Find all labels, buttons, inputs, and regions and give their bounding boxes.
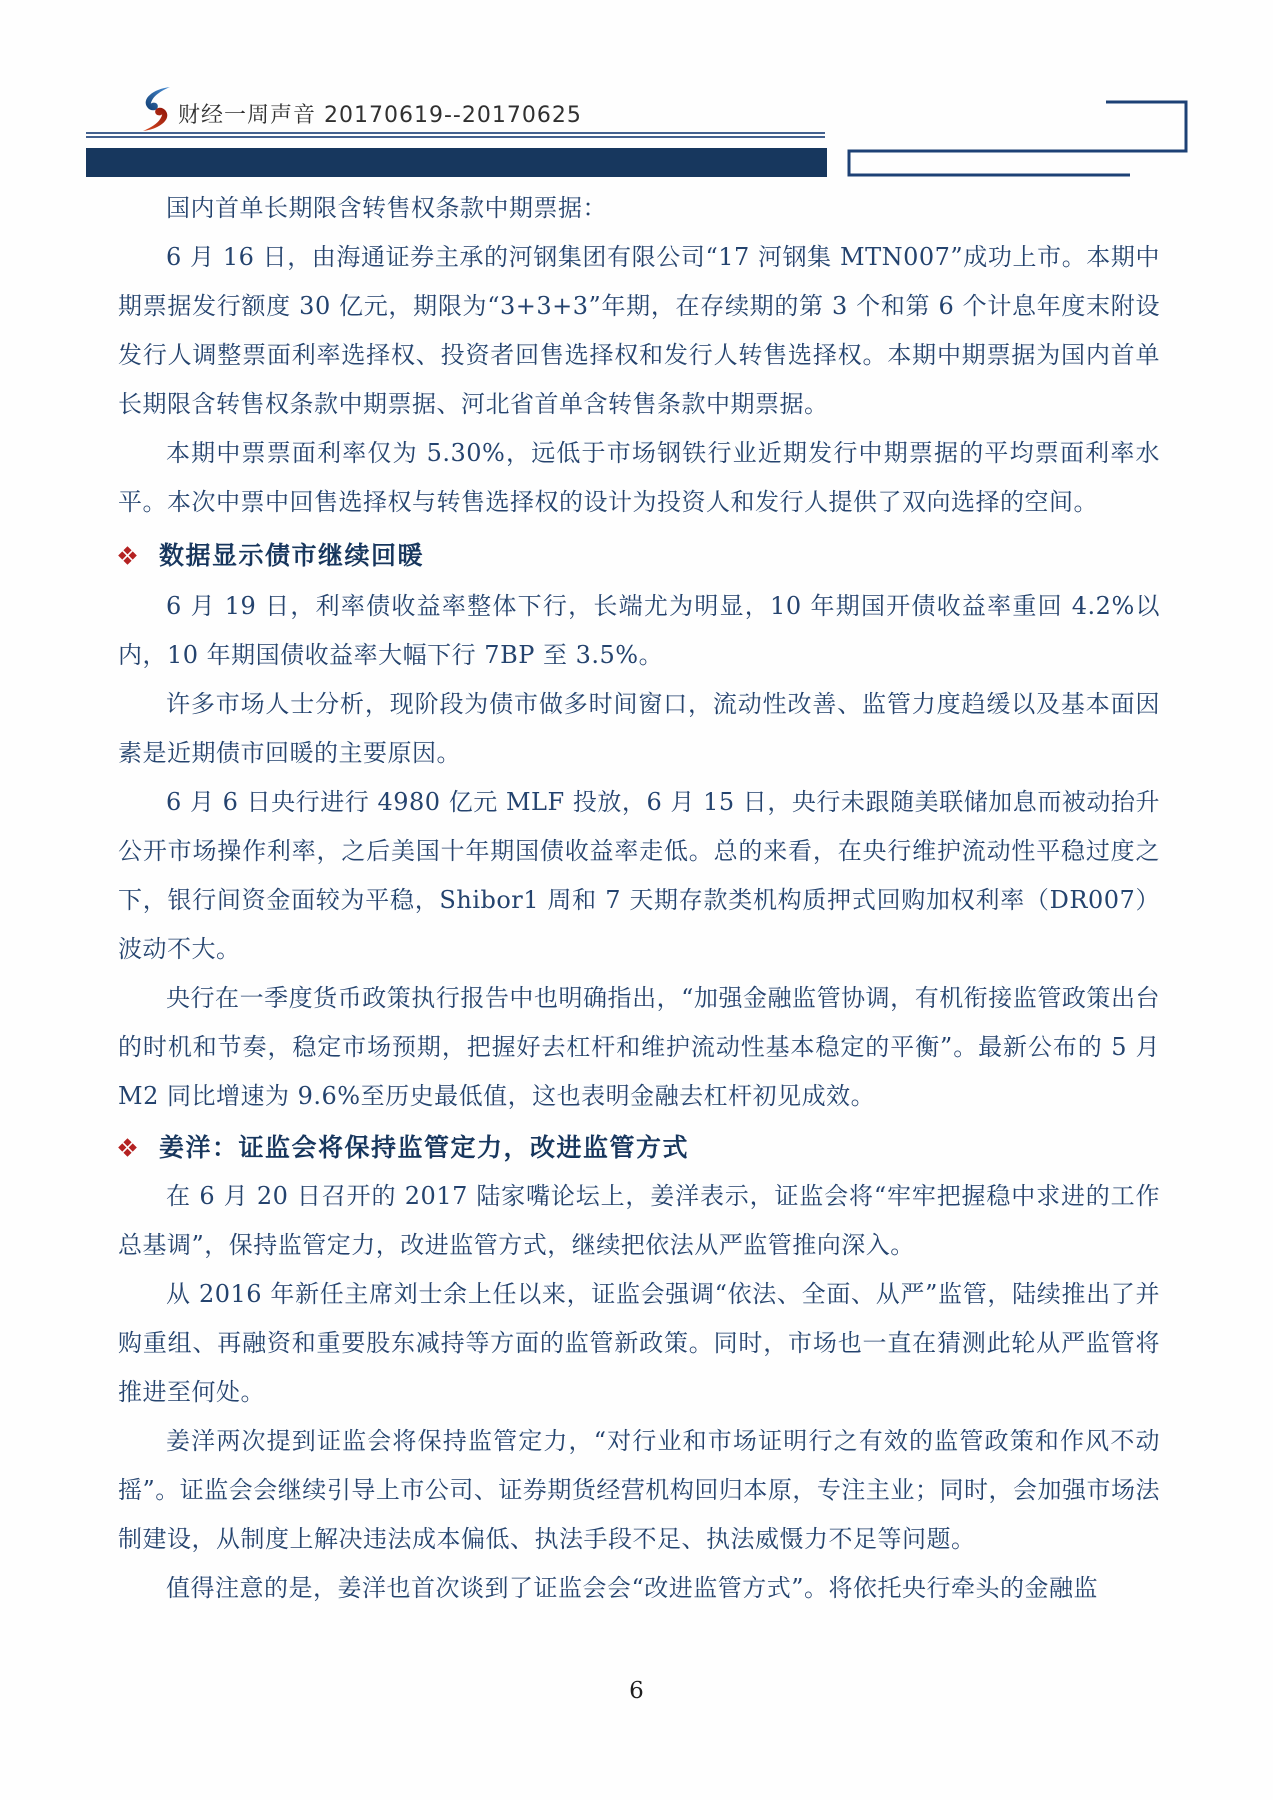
- section-heading-csrc: 姜洋：证监会将保持监管定力，改进监管方式: [118, 1123, 1160, 1172]
- paragraph: 在 6 月 20 日召开的 2017 陆家嘴论坛上，姜洋表示，证监会将“牢牢把握…: [118, 1172, 1160, 1270]
- document-page: 财经一周声音 20170619--20170625 国内首单长期限含转售权条款中…: [0, 0, 1273, 1800]
- header-outline-decoration: [845, 98, 1197, 182]
- paragraph: 6 月 16 日，由海通证券主承的河钢集团有限公司“17 河钢集 MTN007”…: [118, 233, 1160, 429]
- page-number: 6: [0, 1678, 1273, 1704]
- section-heading-text: 姜洋：证监会将保持监管定力，改进监管方式: [159, 1123, 689, 1172]
- four-diamonds-icon: [118, 546, 137, 565]
- section-heading-bond-market: 数据显示债市继续回暖: [118, 531, 1160, 580]
- paragraph: 从 2016 年新任主席刘士余上任以来，证监会强调“依法、全面、从严”监管，陆续…: [118, 1270, 1160, 1417]
- paragraph: 6 月 19 日，利率债收益率整体下行，长端尤为明显，10 年期国开债收益率重回…: [118, 582, 1160, 680]
- document-title: 财经一周声音 20170619--20170625: [178, 102, 582, 130]
- header-navy-bar: [86, 148, 827, 177]
- paragraph: 值得注意的是，姜洋也首次谈到了证监会会“改进监管方式”。将依托央行牵头的金融监: [118, 1564, 1160, 1613]
- paragraph: 6 月 6 日央行进行 4980 亿元 MLF 投放，6 月 15 日，央行未跟…: [118, 778, 1160, 974]
- document-body: 国内首单长期限含转售权条款中期票据： 6 月 16 日，由海通证券主承的河钢集团…: [118, 184, 1160, 1613]
- four-diamonds-icon: [118, 1138, 137, 1157]
- paragraph: 许多市场人士分析，现阶段为债市做多时间窗口，流动性改善、监管力度趋缓以及基本面因…: [118, 680, 1160, 778]
- s-swoosh-logo-icon: [139, 86, 174, 132]
- paragraph: 姜洋两次提到证监会将保持监管定力，“对行业和市场证明行之有效的监管政策和作风不动…: [118, 1417, 1160, 1564]
- header-double-rule: [86, 132, 825, 138]
- paragraph: 本期中票票面利率仅为 5.30%，远低于市场钢铁行业近期发行中期票据的平均票面利…: [118, 429, 1160, 527]
- paragraph: 国内首单长期限含转售权条款中期票据：: [118, 184, 1160, 233]
- section-heading-text: 数据显示债市继续回暖: [159, 531, 424, 580]
- paragraph: 央行在一季度货币政策执行报告中也明确指出，“加强金融监管协调，有机衔接监管政策出…: [118, 974, 1160, 1121]
